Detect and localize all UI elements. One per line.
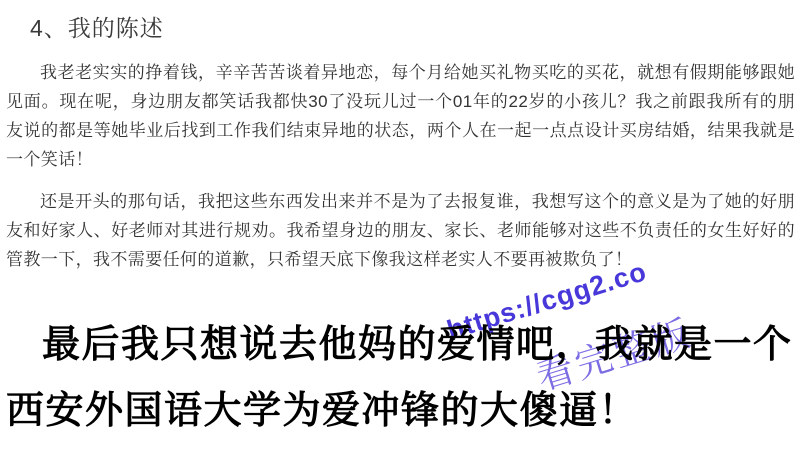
paragraph-2: 还是开头的那句话，我把这些东西发出来并不是为了去报复谁，我想写这个的意义是为了她… [6, 187, 795, 274]
document-content: 4、我的陈述 我老老实实的挣着钱，辛辛苦苦谈着异地恋，每个月给她买礼物买吃的买花… [0, 0, 800, 444]
closing-statement: 最后我只想说去他妈的爱情吧，我就是一个西安外国语大学为爱冲锋的大傻逼！ [6, 312, 796, 444]
paragraph-1: 我老老实实的挣着钱，辛辛苦苦谈着异地恋，每个月给她买礼物买吃的买花，就想有假期能… [6, 58, 795, 174]
page-title: 4、我的陈述 [0, 0, 800, 43]
document-page: https://cgg2.co 看完整版 4、我的陈述 我老老实实的挣着钱，辛辛… [0, 0, 800, 450]
